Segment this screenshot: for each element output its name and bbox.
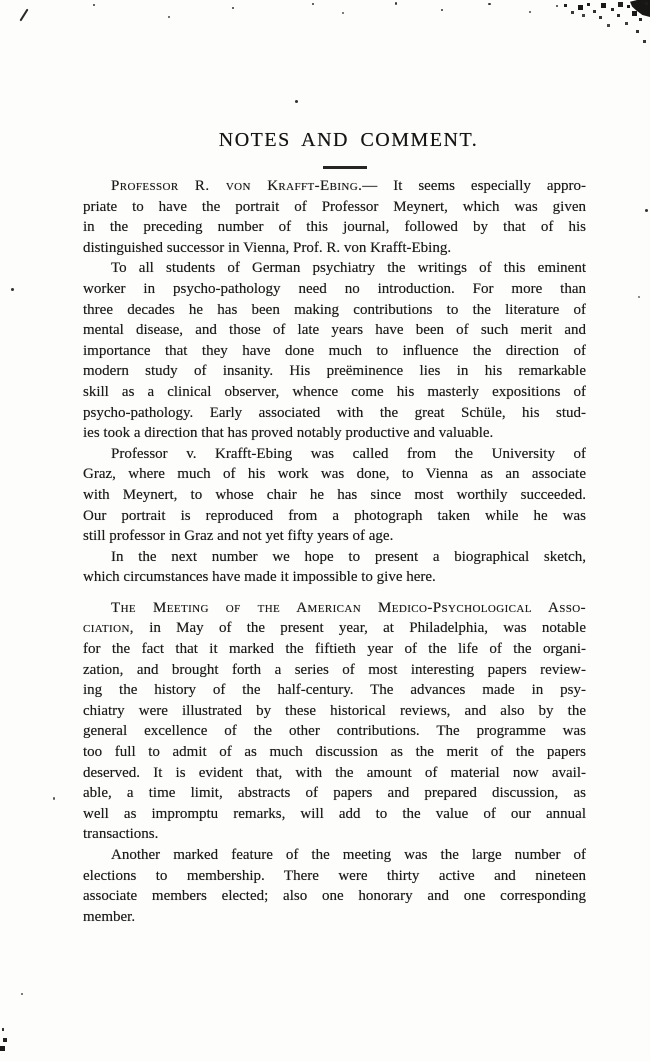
- body-text: deserved. It is evident that, with the a…: [83, 765, 586, 781]
- body-text: skill as a clinical observer, whence com…: [83, 384, 586, 400]
- scan-speckle: [395, 2, 397, 5]
- text-line: elections to membership. There were thir…: [83, 866, 586, 887]
- text-line: associate members elected; also one hono…: [83, 886, 586, 907]
- paragraph: Professor R. von Krafft-Ebing.— It seems…: [83, 176, 586, 258]
- scan-speckle: [0, 1046, 5, 1051]
- body-text: priate to have the portrait of Professor…: [83, 199, 586, 215]
- text-block: Professor R. von Krafft-Ebing.— It seems…: [83, 176, 586, 927]
- text-line: importance that they have done much to i…: [83, 341, 586, 362]
- body-text: transactions.: [83, 826, 158, 842]
- text-line: ciation, in May of the present year, at …: [83, 618, 586, 639]
- text-line: The Meeting of the American Medico-Psych…: [83, 598, 586, 619]
- body-text: too full to admit of as much discussion …: [83, 744, 586, 760]
- scan-speckle: [441, 9, 443, 11]
- body-text: — It seems especially appro-: [362, 178, 586, 194]
- scan-speckle: [93, 4, 95, 6]
- text-line: deserved. It is evident that, with the a…: [83, 763, 586, 784]
- body-text: in May of the present year, at Philadelp…: [134, 620, 586, 636]
- text-line: chiatry were illustrated by these histor…: [83, 701, 586, 722]
- text-line: which circumstances have made it impossi…: [83, 567, 586, 588]
- text-line: with Meynert, to whose chair he has sinc…: [83, 485, 586, 506]
- text-line: Professor v. Krafft-Ebing was called fro…: [83, 444, 586, 465]
- body-text: Another marked feature of the meeting wa…: [111, 847, 586, 863]
- body-text: associate members elected; also one hono…: [83, 888, 586, 904]
- body-text: zation, and brought forth a series of mo…: [83, 662, 586, 678]
- body-text: general excellence of the other contribu…: [83, 723, 586, 739]
- scan-speckle: [342, 12, 344, 14]
- text-line: able, a time limit, abstracts of papers …: [83, 783, 586, 804]
- body-text: still professor in Graz and not yet fift…: [83, 528, 393, 544]
- paragraph: The Meeting of the American Medico-Psych…: [83, 598, 586, 845]
- text-line: modern study of insanity. His preëminenc…: [83, 361, 586, 382]
- text-line: skill as a clinical observer, whence com…: [83, 382, 586, 403]
- scan-speckle: [556, 5, 558, 7]
- text-line: Professor R. von Krafft-Ebing.— It seems…: [83, 176, 586, 197]
- text-line: worker in psycho-pathology need no intro…: [83, 279, 586, 300]
- text-line: distinguished successor in Vienna, Prof.…: [83, 238, 586, 259]
- scan-speckle: [638, 296, 640, 298]
- scan-speckle: [53, 797, 55, 800]
- body-text: ing the history of the half-century. The…: [83, 682, 586, 698]
- text-line: Another marked feature of the meeting wa…: [83, 845, 586, 866]
- page-title: NOTES AND COMMENT.: [97, 129, 600, 152]
- body-text: able, a time limit, abstracts of papers …: [83, 785, 586, 801]
- scan-speckle: [3, 1038, 7, 1042]
- text-line: To all students of German psychiatry the…: [83, 258, 586, 279]
- scan-speckle: [11, 288, 14, 291]
- smallcaps-text: The Meeting of the American Medico-Psych…: [111, 600, 586, 616]
- scan-speckle: [529, 11, 531, 13]
- body-text: member.: [83, 909, 135, 925]
- body-text: in the preceding number of this journal,…: [83, 219, 586, 235]
- body-text: worker in psycho-pathology need no intro…: [83, 281, 586, 297]
- text-line: well as impromptu remarks, will add to t…: [83, 804, 586, 825]
- body-text: importance that they have done much to i…: [83, 343, 586, 359]
- body-text: ies took a direction that has proved not…: [83, 425, 493, 441]
- text-line: for the fact that it marked the fiftieth…: [83, 639, 586, 660]
- body-text: psycho-pathology. Early associated with …: [83, 405, 586, 421]
- text-line: still professor in Graz and not yet fift…: [83, 526, 586, 547]
- text-line: ing the history of the half-century. The…: [83, 680, 586, 701]
- scan-slash-artifact: [19, 9, 28, 22]
- body-text: for the fact that it marked the fiftieth…: [83, 641, 586, 657]
- paragraph: To all students of German psychiatry the…: [83, 258, 586, 443]
- scan-speckle-cluster: [645, 2, 648, 5]
- text-line: Graz, where much of his work was done, t…: [83, 464, 586, 485]
- body-text: which circumstances have made it impossi…: [83, 569, 436, 585]
- text-line: priate to have the portrait of Professor…: [83, 197, 586, 218]
- body-text: distinguished successor in Vienna, Prof.…: [83, 240, 451, 256]
- body-text: three decades he has been making contrib…: [83, 302, 586, 318]
- body-text: Our portrait is reproduced from a photog…: [83, 508, 586, 524]
- heading-divider-rule: [323, 166, 367, 169]
- body-text: mental disease, and those of late years …: [83, 322, 586, 338]
- scan-speckle: [295, 100, 298, 103]
- body-text: well as impromptu remarks, will add to t…: [83, 806, 586, 822]
- body-text: Graz, where much of his work was done, t…: [83, 466, 586, 482]
- scanned-journal-page: NOTES AND COMMENT. Professor R. von Kraf…: [0, 0, 650, 1062]
- scan-speckle: [232, 7, 234, 9]
- paragraph: Another marked feature of the meeting wa…: [83, 845, 586, 927]
- text-line: too full to admit of as much discussion …: [83, 742, 586, 763]
- smallcaps-text: ciation,: [83, 620, 134, 636]
- text-line: member.: [83, 907, 586, 928]
- text-line: mental disease, and those of late years …: [83, 320, 586, 341]
- scan-speckle: [488, 3, 491, 5]
- scan-speckle: [312, 3, 314, 5]
- body-text: chiatry were illustrated by these histor…: [83, 703, 586, 719]
- paragraph: In the next number we hope to present a …: [83, 547, 586, 588]
- body-text: Professor v. Krafft-Ebing was called fro…: [111, 446, 586, 462]
- scan-speckle: [168, 16, 170, 18]
- body-text: In the next number we hope to present a …: [111, 549, 586, 565]
- body-text: modern study of insanity. His preëminenc…: [83, 363, 586, 379]
- text-line: Our portrait is reproduced from a photog…: [83, 506, 586, 527]
- paragraph: Professor v. Krafft-Ebing was called fro…: [83, 444, 586, 547]
- text-line: In the next number we hope to present a …: [83, 547, 586, 568]
- body-text: elections to membership. There were thir…: [83, 868, 586, 884]
- scan-speckle: [2, 1028, 4, 1031]
- body-text: To all students of German psychiatry the…: [111, 260, 586, 276]
- body-text: with Meynert, to whose chair he has sinc…: [83, 487, 586, 503]
- text-line: zation, and brought forth a series of mo…: [83, 660, 586, 681]
- scan-speckle: [645, 209, 648, 212]
- smallcaps-text: Professor R. von Krafft-Ebing.: [111, 178, 362, 194]
- text-line: transactions.: [83, 824, 586, 845]
- text-line: in the preceding number of this journal,…: [83, 217, 586, 238]
- scan-speckle: [21, 993, 23, 995]
- text-line: general excellence of the other contribu…: [83, 721, 586, 742]
- text-line: three decades he has been making contrib…: [83, 300, 586, 321]
- text-line: psycho-pathology. Early associated with …: [83, 403, 586, 424]
- text-line: ies took a direction that has proved not…: [83, 423, 586, 444]
